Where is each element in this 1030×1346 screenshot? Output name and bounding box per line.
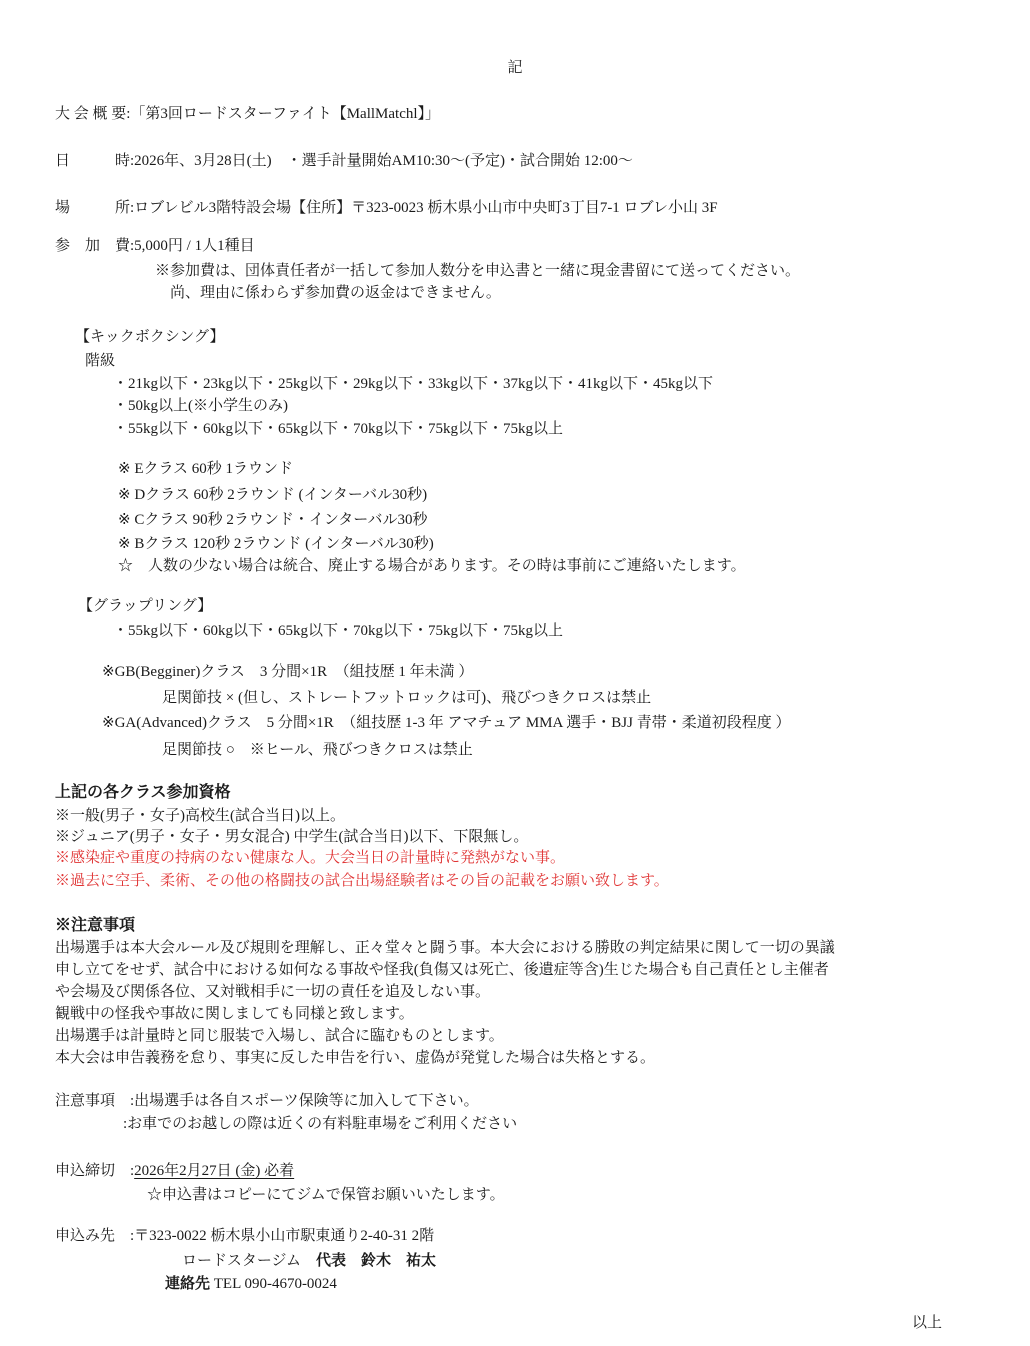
- closing-mark: 以上: [912, 1313, 942, 1333]
- apply-address-line: 申込み先 :〒323-0022 栃木県小山市駅東通り2-40-31 2階: [55, 1226, 434, 1246]
- grappling-ga-class: ※GA(Advanced)クラス 5 分間×1R （組技歴 1-3 年 アマチュ…: [102, 713, 790, 733]
- deadline-date: 2026年2月27日 (金) 必着: [134, 1163, 294, 1179]
- kick-weights-row-3: ・55kg以下・60kg以下・65kg以下・70kg以下・75kg以下・75kg…: [113, 419, 563, 439]
- fee-line: 参 加 費:5,000円 / 1人1種目: [55, 236, 255, 256]
- deadline-label: 申込締切 :: [55, 1163, 134, 1179]
- contact-label: 連絡先: [165, 1276, 210, 1292]
- kickboxing-header: 【キックボクシング】: [75, 327, 224, 347]
- notice-line-4: 観戦中の怪我や事故に関しましても同様と致します。: [55, 1004, 414, 1024]
- representative-name: 代表 鈴木 祐太: [316, 1253, 436, 1269]
- notice-line-3: や会場及び関係各位、又対戦相手に一切の責任を追及しない事。: [55, 982, 490, 1002]
- fee-note-1: ※参加費は、団体責任者が一括して参加人数分を申込書と一緒に現金書留にて送ってくだ…: [155, 261, 800, 281]
- kick-merge-note: ☆ 人数の少ない場合は統合、廃止する場合があります。その時は事前にご連絡いたしま…: [118, 556, 746, 576]
- qualification-item-junior: ※ジュニア(男子・女子・男女混合) 中学生(試合当日)以下、下限無し。: [55, 827, 528, 847]
- grappling-gb-class: ※GB(Begginer)クラス 3 分間×1R （組技歴 1 年未満 ）: [102, 662, 473, 682]
- notice-line-1: 出場選手は本大会ルール及び規則を理解し、正々堂々と闘う事。本大会における勝敗の判…: [55, 938, 835, 958]
- weight-class-label: 階級: [85, 351, 115, 371]
- kick-class-d: ※ Dクラス 60秒 2ラウンド (インターバル30秒): [118, 485, 427, 505]
- caution-parking-line: :お車でのお越しの際は近くの有料駐車場をご利用ください: [123, 1114, 517, 1134]
- overview-line: 大 会 概 要:「第3回ロードスターファイト【MallMatchl】」: [55, 104, 440, 124]
- grappling-gb-note: 足関節技 × (但し、ストレートフットロックは可)、飛びつきクロスは禁止: [162, 688, 651, 708]
- notice-line-2: 申し立てをせず、試合中における如何なる事故や怪我(負傷又は死亡、後遺症等含)生じ…: [55, 960, 829, 980]
- qualification-item-experience: ※過去に空手、柔術、その他の格闘技の試合出場経験者はその旨の記載をお願い致します…: [55, 871, 669, 891]
- kick-weights-row-1: ・21kg以下・23kg以下・25kg以下・29kg以下・33kg以下・37kg…: [113, 374, 713, 394]
- tournament-notice-document: 記 大 会 概 要:「第3回ロードスターファイト【MallMatchl】」 日 …: [0, 0, 1030, 1346]
- fee-note-2: 尚、理由に係わらず参加費の返金はできません。: [170, 283, 501, 303]
- qualification-item-general: ※一般(男子・女子)高校生(試合当日)以上。: [55, 806, 345, 826]
- kick-class-c: ※ Cクラス 90秒 2ラウンド・インターバル30秒: [118, 510, 428, 530]
- notice-line-6: 本大会は申告義務を怠り、事実に反した申告を行い、虚偽が発覚した場合は失格とする。: [55, 1048, 655, 1068]
- gym-name: ロードスタージム: [182, 1253, 316, 1269]
- re-mark: 記: [0, 58, 1030, 78]
- kick-class-e: ※ Eクラス 60秒 1ラウンド: [118, 459, 293, 479]
- contact-phone: TEL 090-4670-0024: [210, 1276, 337, 1292]
- notice-header: ※注意事項: [55, 916, 135, 936]
- contact-line: 連絡先 TEL 090-4670-0024: [165, 1274, 337, 1294]
- deadline-copy-note: ☆申込書はコピーにてジムで保管お願いいたします。: [147, 1185, 505, 1205]
- grappling-weights-row: ・55kg以下・60kg以下・65kg以下・70kg以下・75kg以下・75kg…: [113, 621, 563, 641]
- notice-line-5: 出場選手は計量時と同じ服装で入場し、試合に臨むものとします。: [55, 1026, 504, 1046]
- kick-weights-row-2: ・50kg以上(※小学生のみ): [113, 396, 288, 416]
- grappling-header: 【グラップリング】: [78, 596, 212, 616]
- qualification-item-health: ※感染症や重度の持病のない健康な人。大会当日の計量時に発熱がない事。: [55, 848, 565, 868]
- kick-class-b: ※ Bクラス 120秒 2ラウンド (インターバル30秒): [118, 534, 434, 554]
- deadline-line: 申込締切 :2026年2月27日 (金) 必着: [55, 1161, 294, 1181]
- location-line: 場 所:ロブレビル3階特設会場【住所】〒323-0023 栃木県小山市中央町3丁…: [55, 198, 718, 218]
- qualification-header: 上記の各クラス参加資格: [55, 783, 231, 803]
- datetime-line: 日 時:2026年、3月28日(土) ・選手計量開始AM10:30～(予定)・試…: [55, 151, 633, 171]
- grappling-ga-note: 足関節技 ○ ※ヒール、飛びつきクロスは禁止: [162, 740, 473, 760]
- gym-representative-line: ロードスタージム 代表 鈴木 祐太: [182, 1251, 436, 1271]
- caution-insurance-line: 注意事項 :出場選手は各自スポーツ保険等に加入して下さい。: [55, 1091, 479, 1111]
